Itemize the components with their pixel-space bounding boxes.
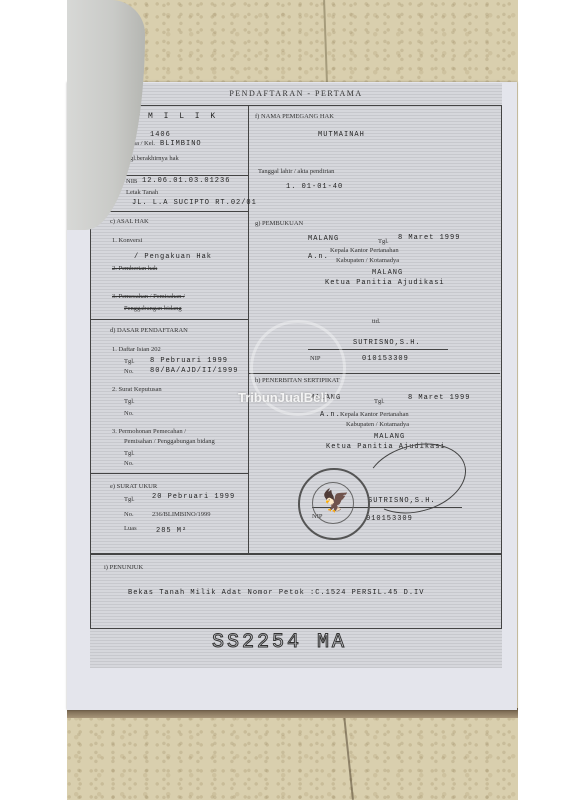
daftar-isian-date: 8 Pebruari 1999 [150, 357, 228, 365]
tgl-label: Tgl. [124, 450, 135, 457]
office-label-2: Kabupaten / Kotamadya [346, 421, 409, 428]
penerbitan-date: 8 Maret 1999 [408, 394, 470, 402]
nip-value: 010153309 [366, 515, 413, 523]
asal-hak-value: / Pengakuan Hak [134, 253, 212, 261]
asal-hak-konversi: 1. Konversi [112, 237, 142, 244]
surat-ukur-number: 236/BLIMBINO/1999 [152, 511, 211, 518]
tgl-label: Tgl. [378, 238, 389, 245]
garuda-emblem-icon: 🦅 [322, 488, 349, 514]
no-label: No. [124, 460, 134, 467]
office-city: MALANG [372, 269, 403, 277]
pembukuan-place: MALANG [308, 235, 339, 243]
section-d-title: d) DASAR PENDAFTARAN [110, 327, 188, 334]
tgl-label: Tgl. [124, 398, 135, 405]
luas-value: 285 M² [156, 527, 187, 535]
tgl-label: Tgl. [124, 496, 135, 503]
tgl-lahir-label: Tanggal lahir / akta pendirian [258, 168, 334, 175]
an-label: A.n. [308, 253, 329, 261]
nib-label: NIB [126, 178, 137, 185]
desa-value: BLIMBINO [160, 140, 202, 148]
surat-ukur-date: 20 Pebruari 1999 [152, 493, 235, 501]
an-label: A.n. [320, 411, 341, 419]
no-label: No. [124, 511, 134, 518]
nib-value: 12.06.01.03.01236 [142, 177, 230, 185]
nip-value: 010153309 [362, 355, 409, 363]
form-header: PENDAFTARAN - PERTAMA [90, 89, 502, 98]
permohonan-label-2: Pemisahan / Penggabungan bidang [124, 438, 215, 445]
tgl-lahir-value: 1. 01-01-40 [286, 183, 343, 191]
office-label-2: Kabupaten / Kotamadya [336, 257, 399, 264]
surat-keputusan-label: 2. Surat Keputusan [112, 386, 162, 393]
divider [90, 211, 248, 212]
divider [90, 319, 248, 320]
tgl-label: Tgl. [124, 358, 135, 365]
luas-label: Luas [124, 525, 137, 532]
no-label: No. [124, 368, 134, 375]
watermark-text: TribunJualBeli [238, 390, 328, 405]
daftar-isian-number: 80/BA/AJD/II/1999 [150, 367, 238, 375]
perforated-serial: SS2254 MA [212, 631, 347, 654]
official-stamp: 🦅 [298, 468, 370, 540]
no-value: 1406 [150, 131, 171, 139]
office-label: Kepala Kantor Pertanahan [330, 247, 399, 254]
section-f-title: f) NAMA PEMEGANG HAK [255, 113, 334, 120]
asal-hak-pemberian: 2. Pemberian hak [112, 265, 157, 272]
letak-label: Letak Tanah [126, 189, 158, 196]
section-g-title: g) PEMBUKUAN [255, 220, 303, 227]
penunjuk-value: Bekas Tanah Milik Adat Nomor Petok :C.15… [128, 589, 424, 597]
signer-name: SUTRISNO,S.H. [353, 339, 421, 347]
holder-name: MUTMAINAH [318, 131, 365, 139]
column-divider [248, 105, 249, 553]
no-label: No. [124, 410, 134, 417]
office-city: MALANG [374, 433, 405, 441]
ttd-label: ttd. [372, 318, 381, 325]
pembukuan-date: 8 Maret 1999 [398, 234, 460, 242]
section-e-title: e) SURAT UKUR [110, 483, 157, 490]
asal-hak-penggabungan: Penggabungan bidang [124, 305, 182, 312]
office-label: Kepala Kantor Pertanahan [340, 411, 409, 418]
hak-value: M I L I K [148, 112, 218, 121]
section-i-title: i) PENUNJUK [104, 564, 143, 571]
permohonan-label: 3. Permohonan Pemecahan / [112, 428, 186, 435]
section-c-title: c) ASAL HAK [110, 218, 149, 225]
letak-value: JL. L.A SUCIPTO RT.02/01 [132, 199, 257, 207]
tgl-label: Tgl. [374, 398, 385, 405]
asal-hak-pemecahan: 3. Pemecahan / Pemisahan / [112, 293, 185, 300]
daftar-isian-label: 1. Daftar Isian 202 [112, 346, 161, 353]
divider [90, 473, 248, 474]
role-title: Ketua Panitia Ajudikasi [325, 279, 445, 287]
tgl-berakhir-label: Tgl.berakhirnya hak [126, 155, 179, 162]
